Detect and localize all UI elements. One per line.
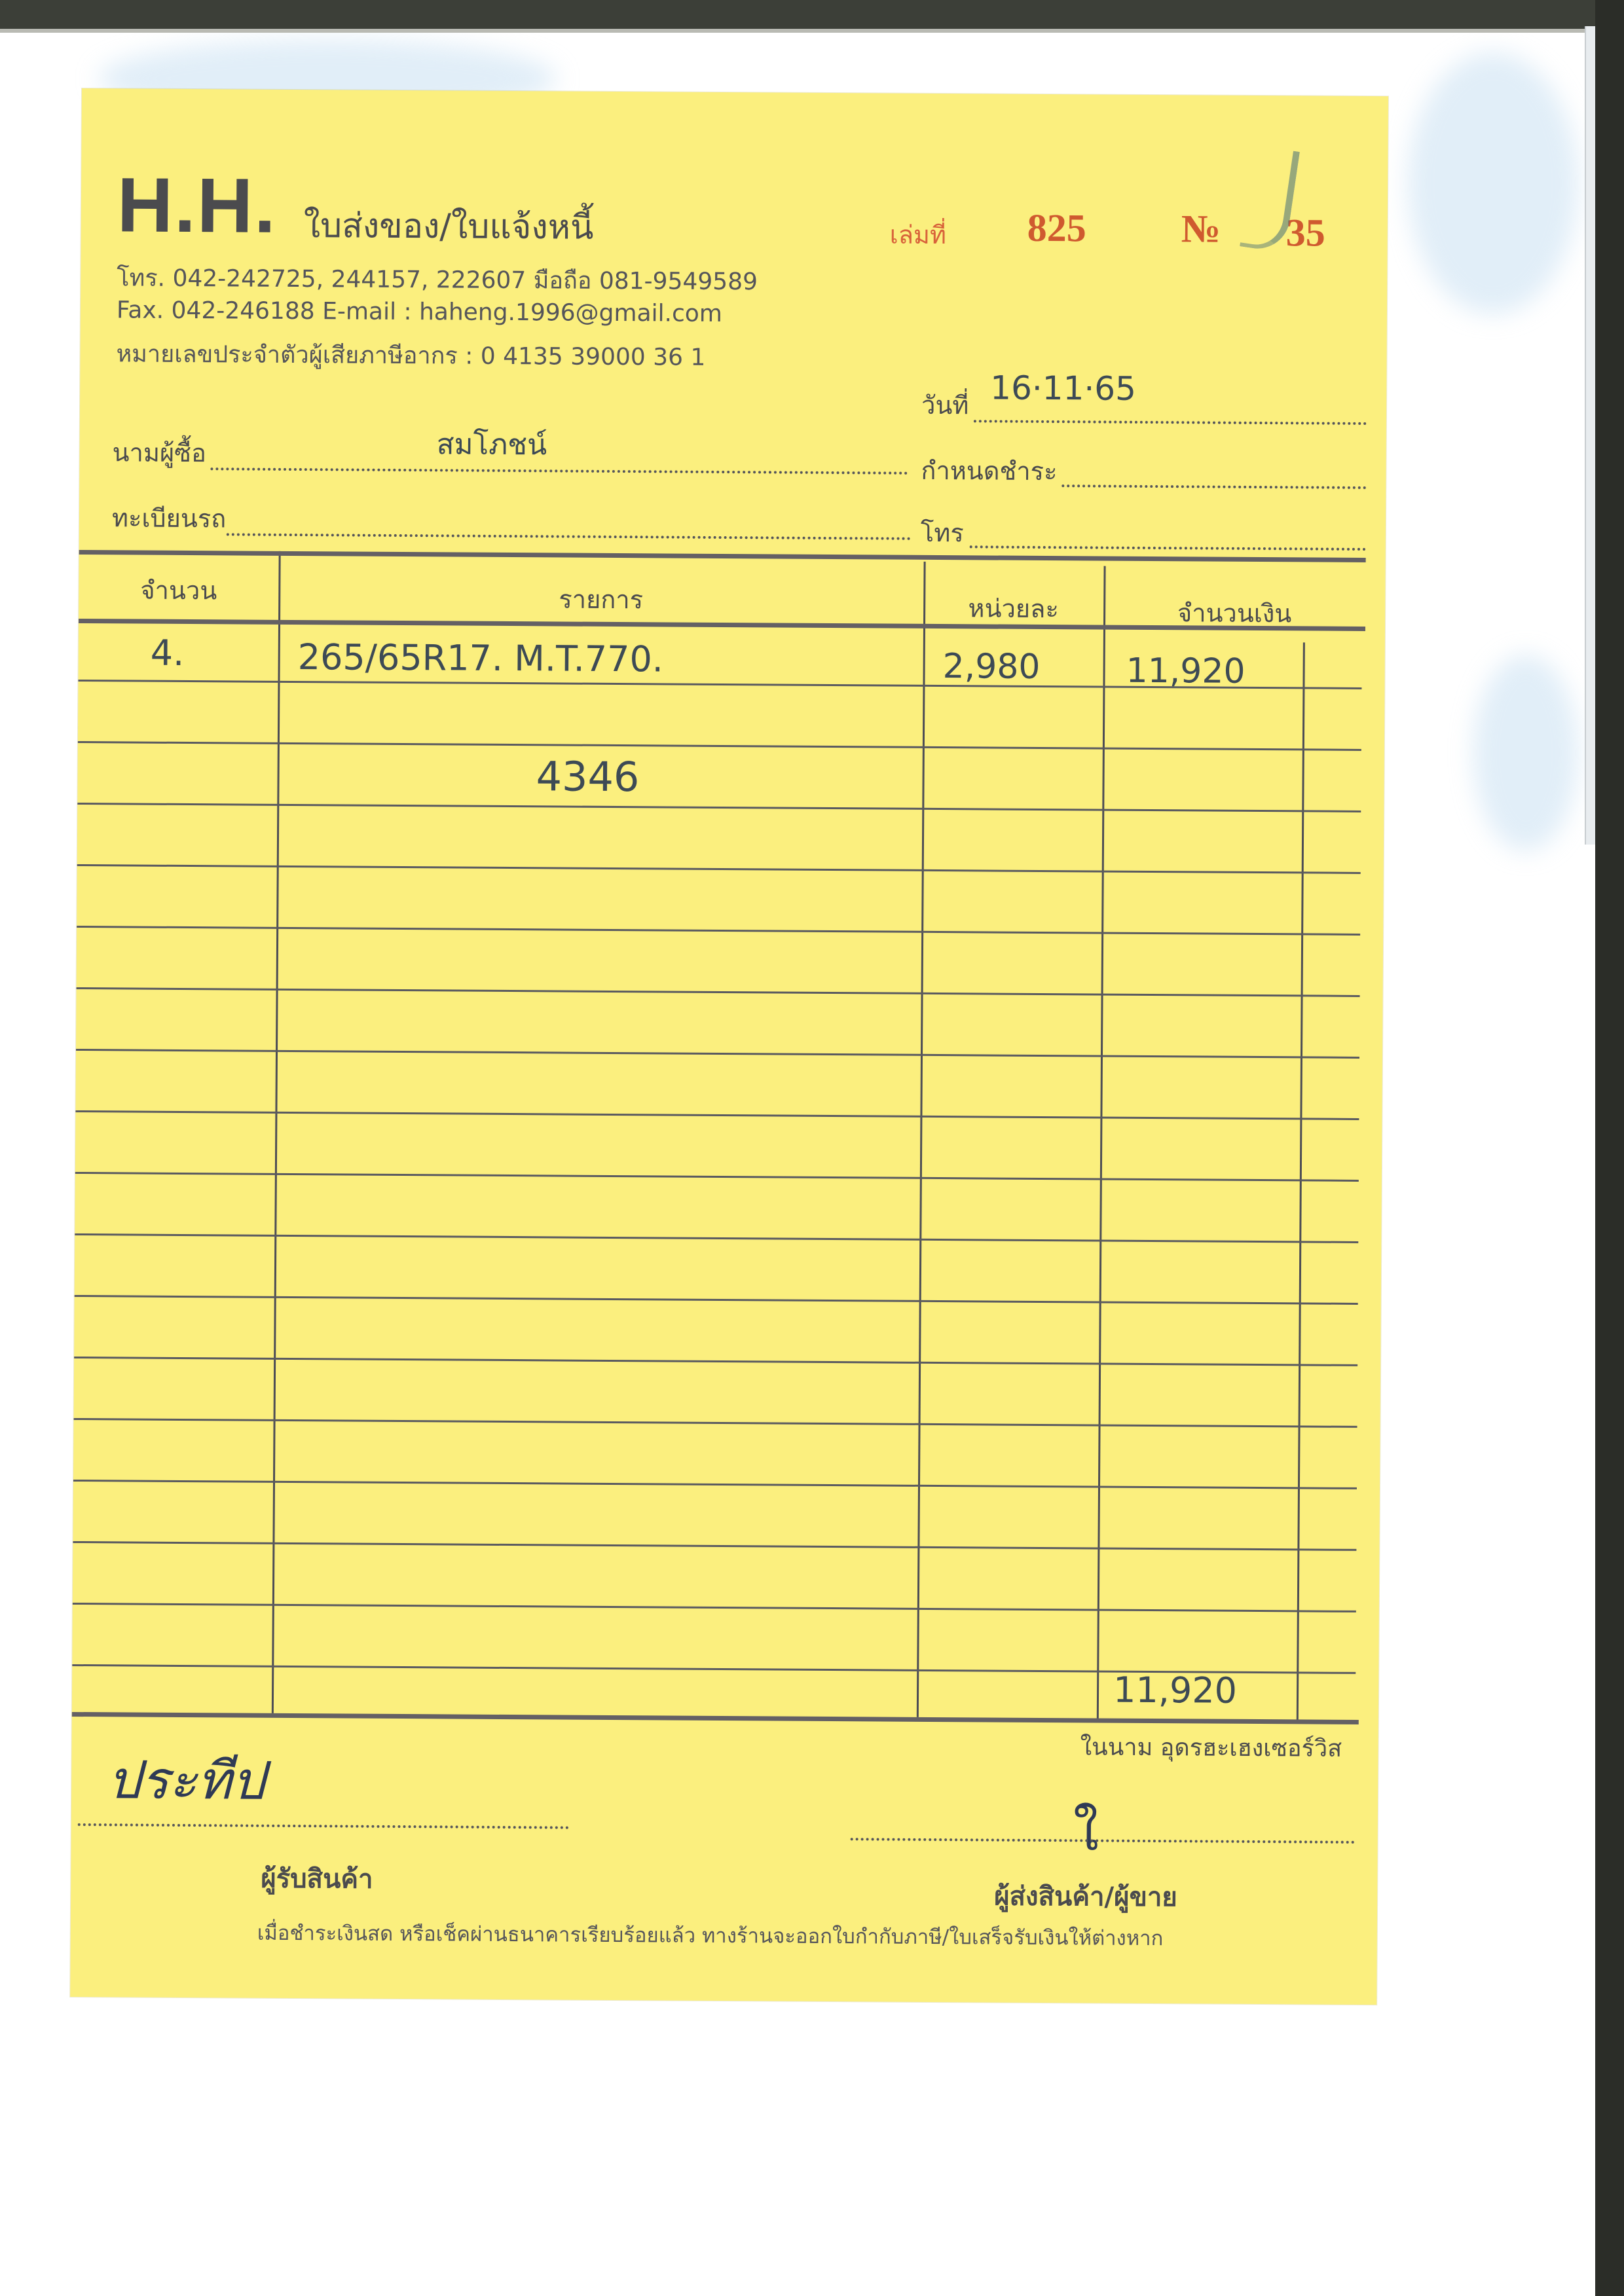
buyer-label: นามผู้ซื้อ xyxy=(112,432,206,473)
seller-signature[interactable]: ใ xyxy=(1073,1790,1099,1873)
row-1-unit-price[interactable]: 2,980 xyxy=(942,647,1040,687)
column-header-item: รายการ xyxy=(278,577,923,621)
column-divider-satang xyxy=(1297,642,1305,1722)
receiver-label: ผู้รับสินค้า xyxy=(261,1857,373,1900)
tax-id-line: หมายเลขประจำตัวผู้เสียภาษีอากร : 0 4135 … xyxy=(116,335,705,375)
items-table: จำนวน รายการ หน่วยละ จำนวนเงิน 4. 265/65… xyxy=(71,550,1386,1795)
date-value[interactable]: 16·11·65 xyxy=(990,369,1136,407)
total-amount[interactable]: 11,920 xyxy=(1113,1669,1237,1711)
row-line xyxy=(74,1357,1357,1366)
row-line xyxy=(77,864,1361,874)
row-line xyxy=(73,1603,1356,1613)
fax-email-line: Fax. 042-246188 E-mail : haheng.1996@gma… xyxy=(117,297,722,327)
row-line xyxy=(77,926,1360,936)
column-header-unit-price: หน่วยละ xyxy=(923,588,1103,629)
brand-logo: H.H. xyxy=(117,160,277,250)
column-divider-item xyxy=(917,562,926,1717)
phone-line: โทร. 042-242725, 244157, 222607 มือถือ 0… xyxy=(117,259,758,300)
scanner-lid-edge-right xyxy=(1595,0,1624,2296)
buyer-dotted-line xyxy=(210,467,908,475)
row-1-amount[interactable]: 11,920 xyxy=(1126,651,1245,691)
row-line xyxy=(74,1418,1357,1428)
document-title: ใบส่งของ/ใบแจ้งหนี้ xyxy=(303,198,593,254)
phone-label: โทร xyxy=(921,513,964,553)
receiver-signature-line xyxy=(78,1823,569,1829)
row-line xyxy=(73,1541,1356,1551)
payment-note: เมื่อชำระเงินสด หรือเช็คผ่านธนาคารเรียบร… xyxy=(257,1916,1164,1954)
number-label: № xyxy=(1181,206,1221,251)
book-number: 825 xyxy=(1027,206,1086,251)
table-top-border xyxy=(79,550,1366,562)
row-line xyxy=(77,803,1361,812)
table-bottom-border xyxy=(72,1712,1359,1724)
row-line xyxy=(75,1295,1358,1305)
on-behalf-of-company: ในนาม อุดรฮะเฮงเซอร์วิส xyxy=(1080,1728,1342,1766)
date-dotted-line xyxy=(974,420,1367,425)
row-line xyxy=(78,741,1361,751)
invoice-sheet: H.H. ใบส่งของ/ใบแจ้งหนี้ โทร. 042-242725… xyxy=(70,88,1388,2005)
document-number: 35 xyxy=(1285,210,1325,255)
receiver-signature[interactable]: ประทีป xyxy=(107,1738,265,1822)
row-1-item[interactable]: 265/65R17. M.T.770. xyxy=(298,636,664,680)
license-plate-dotted-line xyxy=(227,533,911,539)
row-line xyxy=(75,1110,1359,1120)
seller-signature-line xyxy=(851,1838,1355,1844)
due-date-label: กำหนดชำระ xyxy=(921,450,1057,491)
column-divider-qty xyxy=(272,551,281,1713)
row-line xyxy=(77,987,1360,997)
scan-stain xyxy=(1408,52,1578,314)
folded-sheet-edge xyxy=(1585,26,1595,845)
row-line xyxy=(75,1172,1359,1182)
buyer-value[interactable]: สมโภชน์ xyxy=(436,421,547,467)
scan-stain xyxy=(1473,655,1578,851)
row-3-item[interactable]: 4346 xyxy=(536,752,639,801)
scanner-lid-edge-top xyxy=(0,0,1624,30)
seller-label: ผู้ส่งสินค้า/ผู้ขาย xyxy=(994,1875,1177,1918)
book-label: เล่มที่ xyxy=(889,215,946,255)
scanner-lid-edge-highlight xyxy=(0,29,1624,33)
row-line xyxy=(73,1480,1357,1489)
row-line xyxy=(75,1233,1358,1243)
due-date-dotted-line xyxy=(1061,484,1366,489)
license-plate-label: ทะเบียนรถ xyxy=(112,498,227,538)
phone-dotted-line xyxy=(970,545,1366,551)
date-label: วันที่ xyxy=(921,385,969,425)
row-1-qty[interactable]: 4. xyxy=(151,632,185,674)
column-header-amount: จำนวนเงิน xyxy=(1103,592,1365,634)
column-header-qty: จำนวน xyxy=(79,570,278,611)
row-line xyxy=(76,1049,1359,1059)
